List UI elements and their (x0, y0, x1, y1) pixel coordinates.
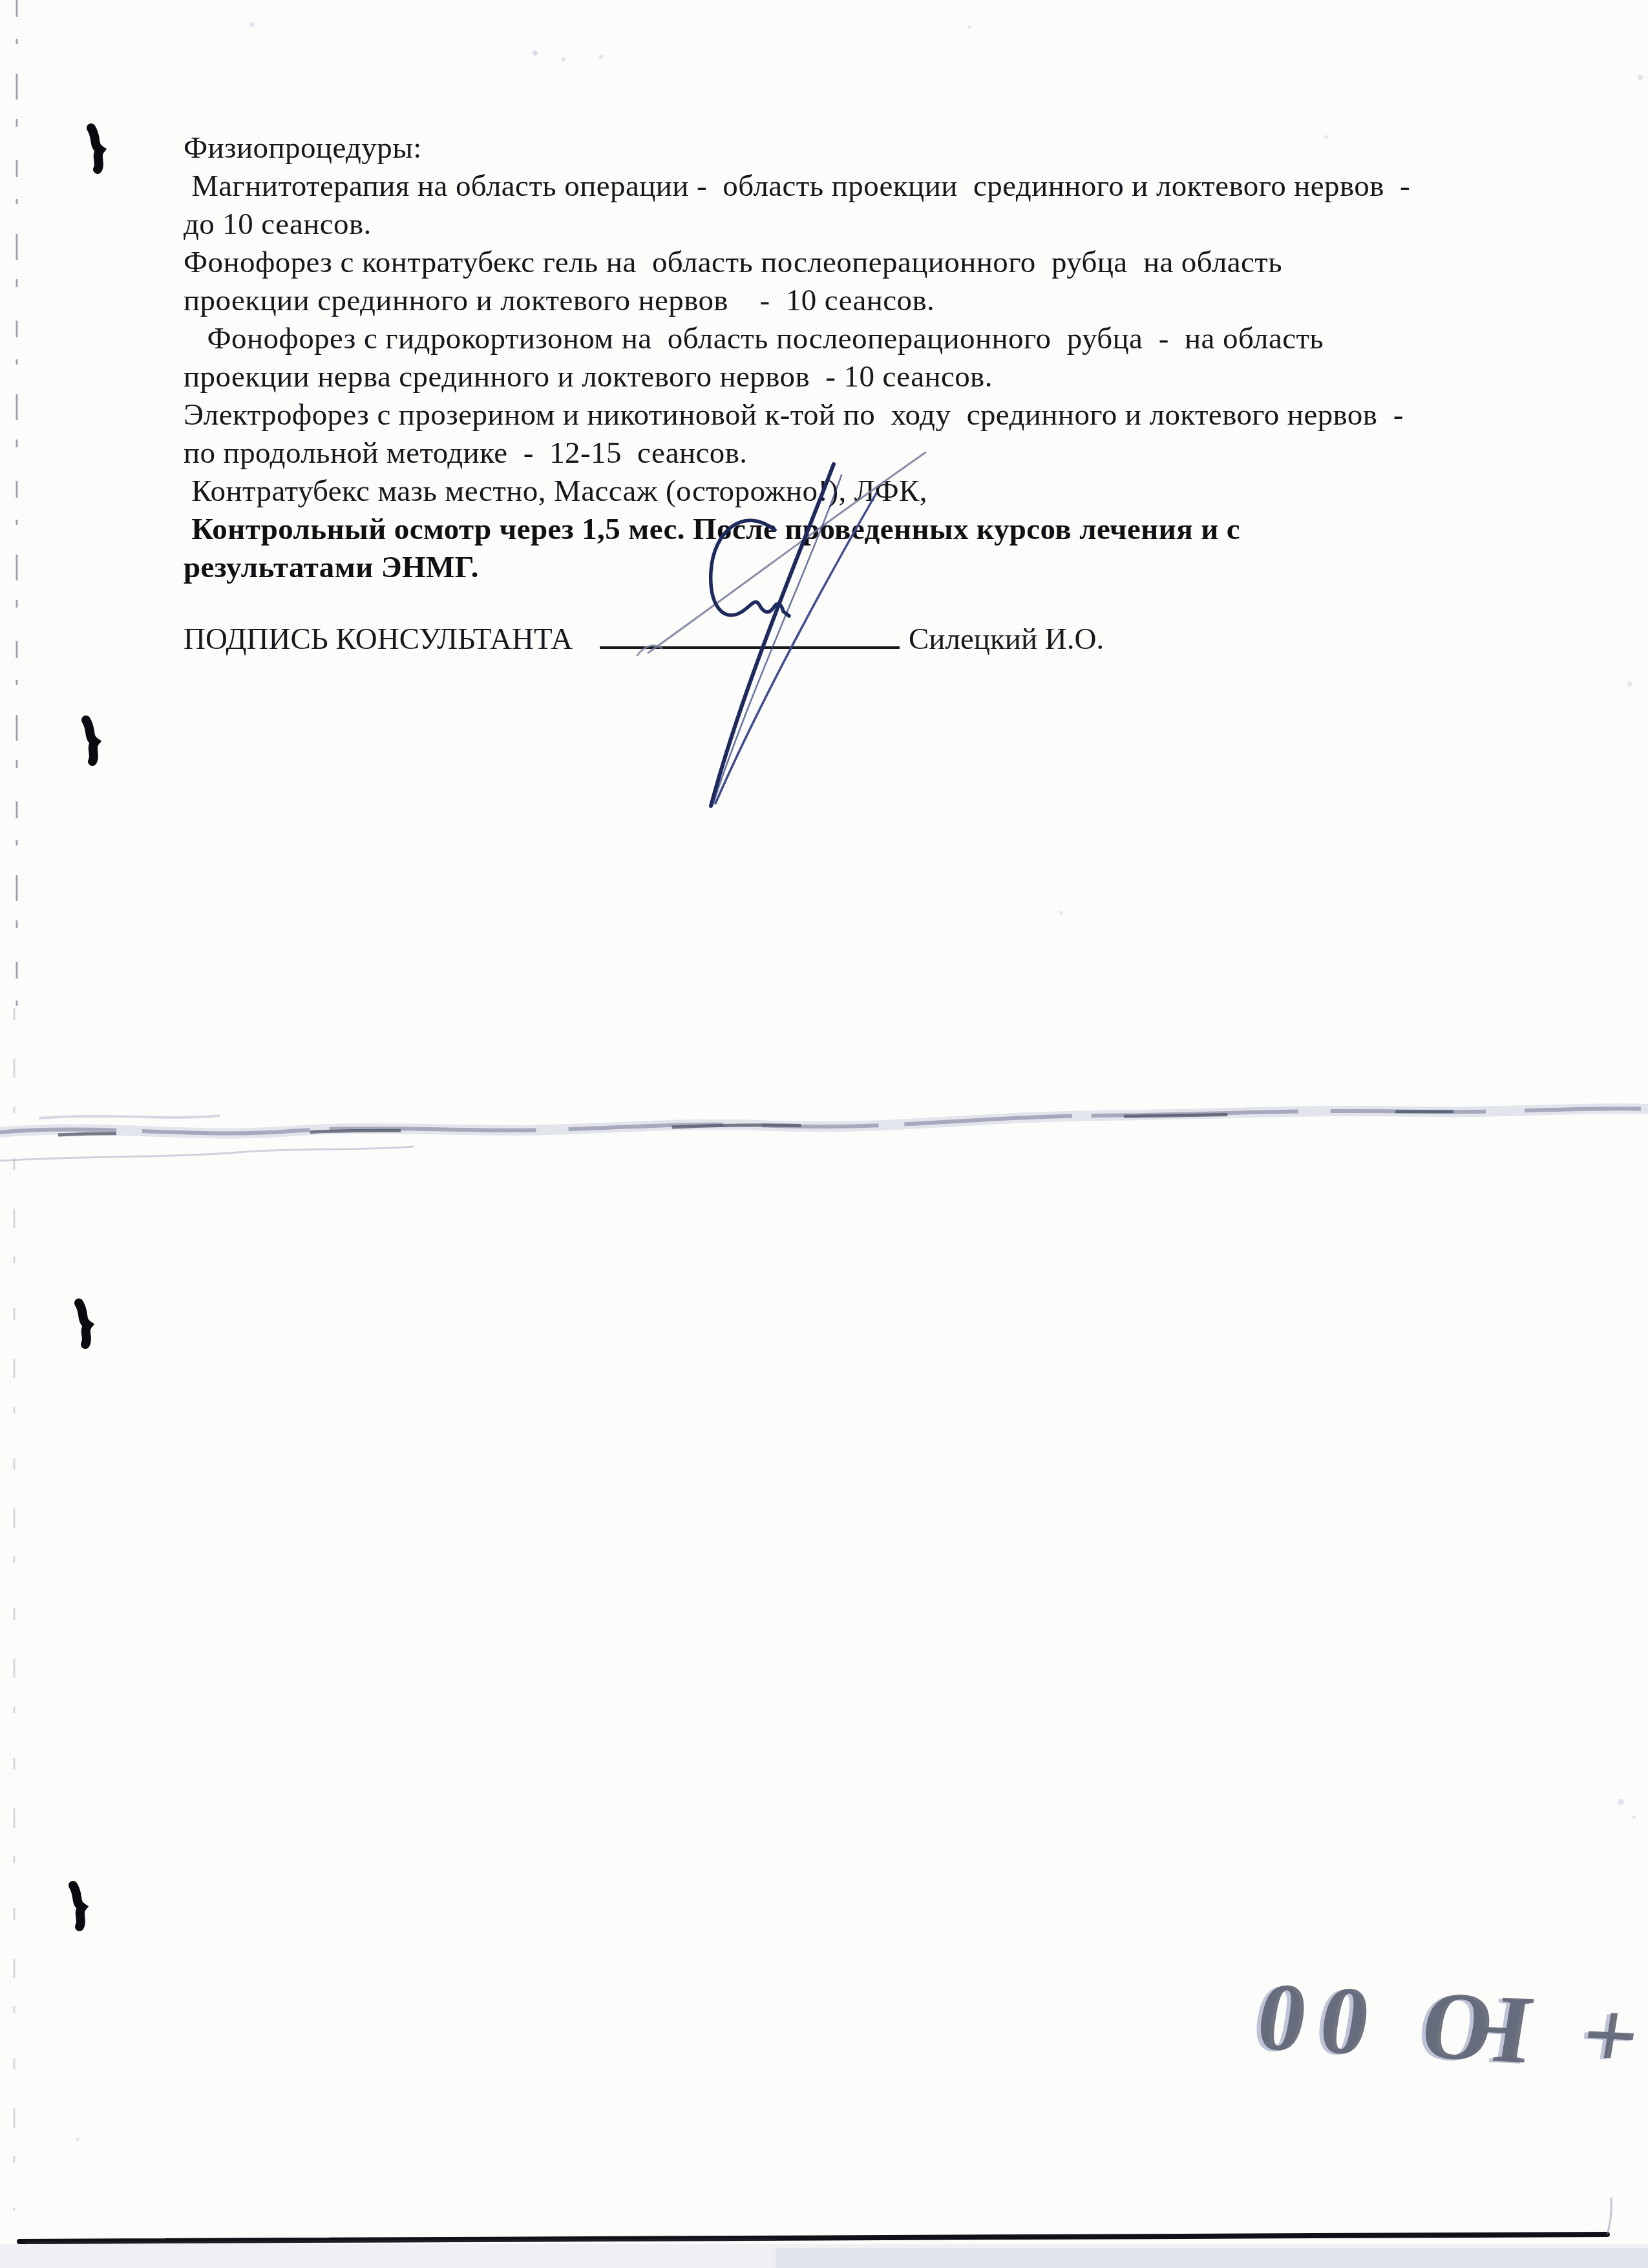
bottom-page-edge (0, 2198, 1648, 2268)
signature-caption: ПОДПИСЬ КОНСУЛЬТАНТА (184, 622, 573, 657)
ink-mark (73, 1885, 82, 1927)
margin-ink-marks (73, 128, 100, 1927)
consultant-name: Силецкий И.О. (909, 622, 1104, 657)
handwritten-note-text: В+ Ю 00 (1235, 1964, 1648, 2095)
handwritten-note: В+ Ю 00 В+ Ю 00 (1231, 1963, 1648, 2096)
text-line: Электрофорез с прозерином и никотиновой … (184, 396, 1528, 434)
scanned-medical-document: { "document": { "type": "scanned consult… (0, 0, 1648, 2268)
text-line: результатами ЭНМГ. (184, 549, 1528, 587)
text-line: Контрольный осмотр через 1,5 мес. После … (184, 511, 1528, 549)
svg-text:В+ Ю 00: В+ Ю 00 (1231, 1964, 1648, 2096)
text-line: Фонофорез с контратубекс гель на область… (184, 244, 1528, 282)
text-line: Физиопроцедуры: (184, 129, 1528, 167)
paper-crease (0, 1108, 1648, 1161)
ink-mark (79, 1303, 88, 1344)
text-line: до 10 сеансов. (184, 206, 1528, 244)
text-line: Контратубекс мазь местно, Массаж (осторо… (184, 472, 1528, 511)
page: Физиопроцедуры: Магнитотерапия на област… (0, 0, 1648, 2268)
text-line: по продольной методике - 12-15 сеансов. (184, 434, 1528, 472)
ink-mark (86, 720, 95, 761)
left-edge-noise (14, 0, 17, 2210)
ink-mark (91, 128, 100, 169)
text-line: Магнитотерапия на область операции - обл… (184, 167, 1528, 206)
body-lines: Физиопроцедуры: Магнитотерапия на област… (184, 129, 1528, 587)
text-line: Фонофорез с гидрокортизоном на область п… (184, 320, 1528, 358)
signature-blank-line (600, 618, 900, 649)
text-line: проекции срединного и локтевого нервов -… (184, 282, 1528, 320)
signature-row: ПОДПИСЬ КОНСУЛЬТАНТА Силецкий И.О. (184, 622, 1476, 667)
text-line: проекции нерва срединного и локтевого не… (184, 358, 1528, 396)
